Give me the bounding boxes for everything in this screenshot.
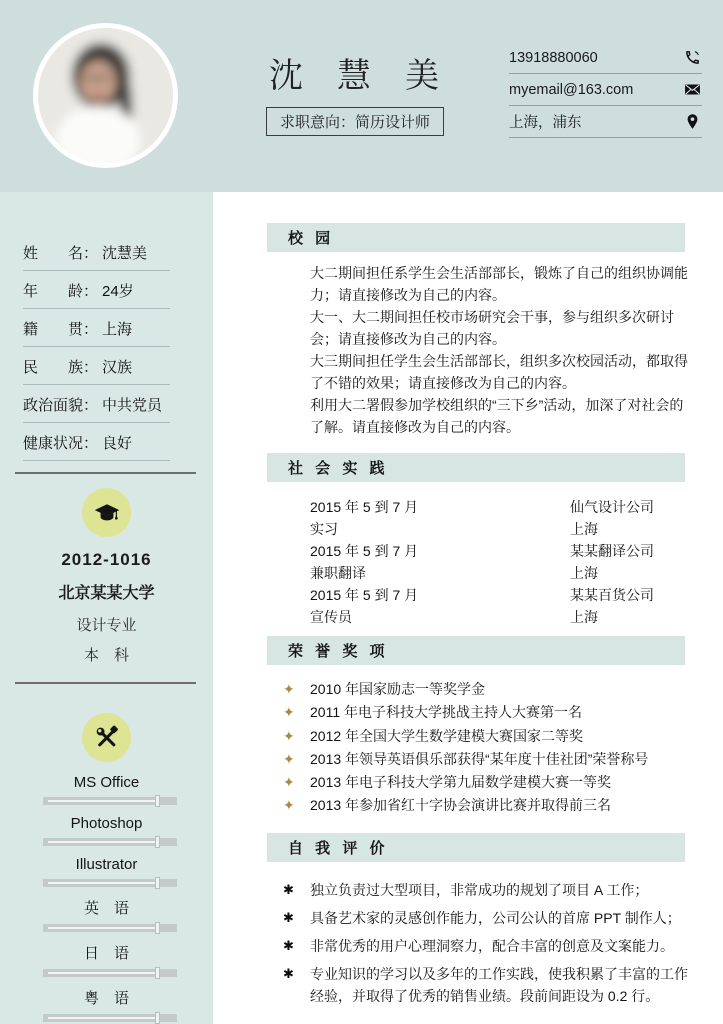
asterisk-icon: ✱ — [283, 907, 310, 929]
self-eval-item: ✱独立负责过大型项目，非常成功的规划了项目 A 工作； — [283, 879, 723, 901]
practice-item: 2015 年 5 到 7 月兼职翻译 某某翻译公司上海 — [283, 540, 723, 584]
star-icon: ✦ — [283, 794, 310, 817]
skill-slider — [43, 969, 177, 977]
practice-list: 2015 年 5 到 7 月实习 仙气设计公司上海 2015 年 5 到 7 月… — [283, 496, 723, 628]
campus-item: 大二期间担任系学生会生活部部长，锻炼了自己的组织协调能力；请直接修改为自己的内容… — [283, 263, 723, 306]
info-value: 沈慧美 — [102, 245, 147, 262]
skill-slider — [43, 838, 177, 846]
location-icon — [684, 113, 701, 130]
skill-item: 粤 语 — [0, 987, 213, 1022]
droplet-icon — [283, 307, 310, 350]
contact-row-location: 上海，浦东 — [509, 106, 702, 138]
info-label: 姓 名： — [23, 245, 98, 262]
skill-slider-thumb — [155, 795, 160, 807]
education-period: 2012-1016 — [0, 550, 213, 570]
skill-name: Photoshop — [0, 815, 213, 832]
honors-item: ✦2013 年领导英语俱乐部获得“某年度十佳社团”荣誉称号 — [283, 748, 723, 771]
asterisk-icon: ✱ — [283, 935, 310, 957]
sidebar-divider — [15, 472, 196, 474]
honors-list: ✦2010 年国家励志一等奖学金 ✦2011 年电子科技大学挑战主持人大赛第一名… — [283, 678, 723, 818]
star-icon: ✦ — [283, 748, 310, 771]
asterisk-icon: ✱ — [283, 879, 310, 901]
email-address: myemail@163.com — [509, 82, 633, 98]
info-value: 上海 — [102, 321, 132, 338]
dot-icon — [283, 496, 310, 540]
skill-slider-fill — [48, 972, 157, 974]
section-title-practice: 社 会 实 践 — [267, 453, 685, 482]
education-block: 2012-1016 北京某某大学 设计专业 本 科 — [0, 488, 213, 665]
campus-list: 大二期间担任系学生会生活部部长，锻炼了自己的组织协调能力；请直接修改为自己的内容… — [283, 263, 723, 438]
asterisk-icon: ✱ — [283, 963, 310, 1007]
tools-wrench-icon — [82, 713, 131, 762]
star-icon: ✦ — [283, 678, 310, 701]
info-value: 汉族 — [102, 359, 132, 376]
skill-slider-fill — [48, 1017, 157, 1019]
skill-slider — [43, 879, 177, 887]
practice-role: 宣传员 — [310, 606, 570, 628]
avatar-ring — [33, 23, 178, 168]
skill-slider — [43, 1014, 177, 1022]
section-title-self-eval: 自 我 评 价 — [267, 833, 685, 862]
candidate-name: 沈 慧 美 — [269, 48, 439, 97]
practice-period: 2015 年 5 到 7 月 — [310, 584, 570, 606]
practice-company: 某某翻译公司 — [570, 540, 710, 562]
info-row-hometown: 籍 贯：上海 — [23, 309, 170, 347]
honors-item: ✦2012 年全国大学生数学建模大赛国家二等奖 — [283, 725, 723, 748]
honors-item: ✦2013 年电子科技大学第九届数学建模大赛一等奖 — [283, 771, 723, 794]
skill-item: 日 语 — [0, 942, 213, 977]
info-value: 良好 — [102, 435, 132, 452]
phone-number: 13918880060 — [509, 50, 598, 66]
honors-item: ✦2013 年参加省红十字协会演讲比赛并取得前三名 — [283, 794, 723, 817]
practice-company: 仙气设计公司 — [570, 496, 710, 518]
info-label: 籍 贯： — [23, 321, 98, 338]
skill-slider-thumb — [155, 967, 160, 979]
education-school: 北京某某大学 — [0, 580, 213, 603]
practice-role: 实习 — [310, 518, 570, 540]
info-row-political: 政治面貌：中共党员 — [23, 385, 170, 423]
skill-item: Photoshop — [0, 815, 213, 846]
campus-item: 利用大二署假参加学校组织的“三下乡”活动，加深了对社会的了解。请直接修改为自己的… — [283, 395, 723, 438]
skill-slider-thumb — [155, 1012, 160, 1024]
skill-slider-fill — [48, 882, 157, 884]
sidebar: 姓 名：沈慧美 年 龄：24岁 籍 贯：上海 民 族：汉族 政治面貌：中共党员 … — [0, 192, 213, 1024]
personal-info-list: 姓 名：沈慧美 年 龄：24岁 籍 贯：上海 民 族：汉族 政治面貌：中共党员 … — [23, 233, 170, 461]
info-label: 健康状况： — [23, 435, 98, 452]
skills-block: MS Office Photoshop Illustrator 英 语 日 语 … — [0, 713, 213, 1022]
practice-company: 某某百货公司 — [570, 584, 710, 606]
section-title-honors: 荣 誉 奖 项 — [267, 636, 685, 665]
location-text: 上海，浦东 — [509, 111, 582, 132]
campus-item: 大三期间担任学生会生活部部长，组织多次校园活动，都取得了不错的效果；请直接修改为… — [283, 351, 723, 394]
skill-item: Illustrator — [0, 856, 213, 887]
skill-slider-thumb — [155, 922, 160, 934]
contact-block: 13918880060 myemail@163.com 上海，浦东 — [509, 42, 702, 138]
skill-slider-thumb — [155, 877, 160, 889]
info-row-ethnicity: 民 族：汉族 — [23, 347, 170, 385]
skill-item: MS Office — [0, 774, 213, 805]
education-major: 设计专业 — [0, 614, 213, 635]
skill-name: Illustrator — [0, 856, 213, 873]
skill-slider-fill — [48, 927, 157, 929]
practice-city: 上海 — [570, 606, 710, 628]
info-label: 年 龄： — [23, 283, 98, 300]
skill-name: 粤 语 — [0, 987, 213, 1008]
practice-item: 2015 年 5 到 7 月宣传员 某某百货公司上海 — [283, 584, 723, 628]
avatar — [38, 28, 173, 163]
info-row-age: 年 龄：24岁 — [23, 271, 170, 309]
practice-city: 上海 — [570, 518, 710, 540]
self-eval-item: ✱具备艺术家的灵感创作能力，公司公认的首席 PPT 制作人； — [283, 907, 723, 929]
phone-icon — [684, 49, 701, 66]
droplet-icon — [283, 351, 310, 394]
info-label: 民 族： — [23, 359, 98, 376]
self-eval-item: ✱非常优秀的用户心理洞察力，配合丰富的创意及文案能力。 — [283, 935, 723, 957]
practice-city: 上海 — [570, 562, 710, 584]
avatar-portrait — [38, 28, 173, 163]
job-intent-text: 求职意向：简历设计师 — [280, 111, 430, 132]
section-title-campus: 校 园 — [267, 223, 685, 252]
job-intent-box: 求职意向：简历设计师 — [266, 107, 444, 136]
contact-row-email: myemail@163.com — [509, 74, 702, 106]
skill-name: MS Office — [0, 774, 213, 791]
info-label: 政治面貌： — [23, 397, 98, 414]
contact-row-phone: 13918880060 — [509, 42, 702, 74]
droplet-icon — [283, 263, 310, 306]
education-degree: 本 科 — [0, 644, 213, 665]
honors-item: ✦2010 年国家励志一等奖学金 — [283, 678, 723, 701]
star-icon: ✦ — [283, 771, 310, 794]
skill-name: 日 语 — [0, 942, 213, 963]
self-eval-list: ✱独立负责过大型项目，非常成功的规划了项目 A 工作； ✱具备艺术家的灵感创作能… — [283, 879, 723, 1007]
skill-slider — [43, 924, 177, 932]
info-value: 24岁 — [102, 283, 134, 300]
practice-role: 兼职翻译 — [310, 562, 570, 584]
skill-name: 英 语 — [0, 897, 213, 918]
graduation-cap-icon — [82, 488, 131, 537]
practice-period: 2015 年 5 到 7 月 — [310, 540, 570, 562]
practice-item: 2015 年 5 到 7 月实习 仙气设计公司上海 — [283, 496, 723, 540]
main-content: 校 园 大二期间担任系学生会生活部部长，锻炼了自己的组织协调能力；请直接修改为自… — [213, 192, 723, 1013]
resume-page: 沈 慧 美 求职意向：简历设计师 13918880060 myemail@163… — [0, 0, 723, 1024]
skill-slider-fill — [48, 800, 157, 802]
header: 沈 慧 美 求职意向：简历设计师 13918880060 myemail@163… — [0, 0, 723, 192]
campus-item: 大一、大二期间担任校市场研究会干事，参与组织多次研讨会；请直接修改为自己的内容。 — [283, 307, 723, 350]
star-icon: ✦ — [283, 725, 310, 748]
dot-icon — [283, 584, 310, 628]
mail-icon — [684, 81, 701, 98]
skill-slider-fill — [48, 841, 157, 843]
sidebar-divider — [15, 682, 196, 684]
info-row-name: 姓 名：沈慧美 — [23, 233, 170, 271]
skill-item: 英 语 — [0, 897, 213, 932]
info-row-health: 健康状况：良好 — [23, 423, 170, 461]
self-eval-item: ✱专业知识的学习以及多年的工作实践，使我积累了丰富的工作经验，并取得了优秀的销售… — [283, 963, 723, 1007]
skill-slider-thumb — [155, 836, 160, 848]
star-icon: ✦ — [283, 701, 310, 724]
info-value: 中共党员 — [102, 397, 162, 414]
droplet-icon — [283, 395, 310, 438]
honors-item: ✦2011 年电子科技大学挑战主持人大赛第一名 — [283, 701, 723, 724]
skill-slider — [43, 797, 177, 805]
practice-period: 2015 年 5 到 7 月 — [310, 496, 570, 518]
dot-icon — [283, 540, 310, 584]
